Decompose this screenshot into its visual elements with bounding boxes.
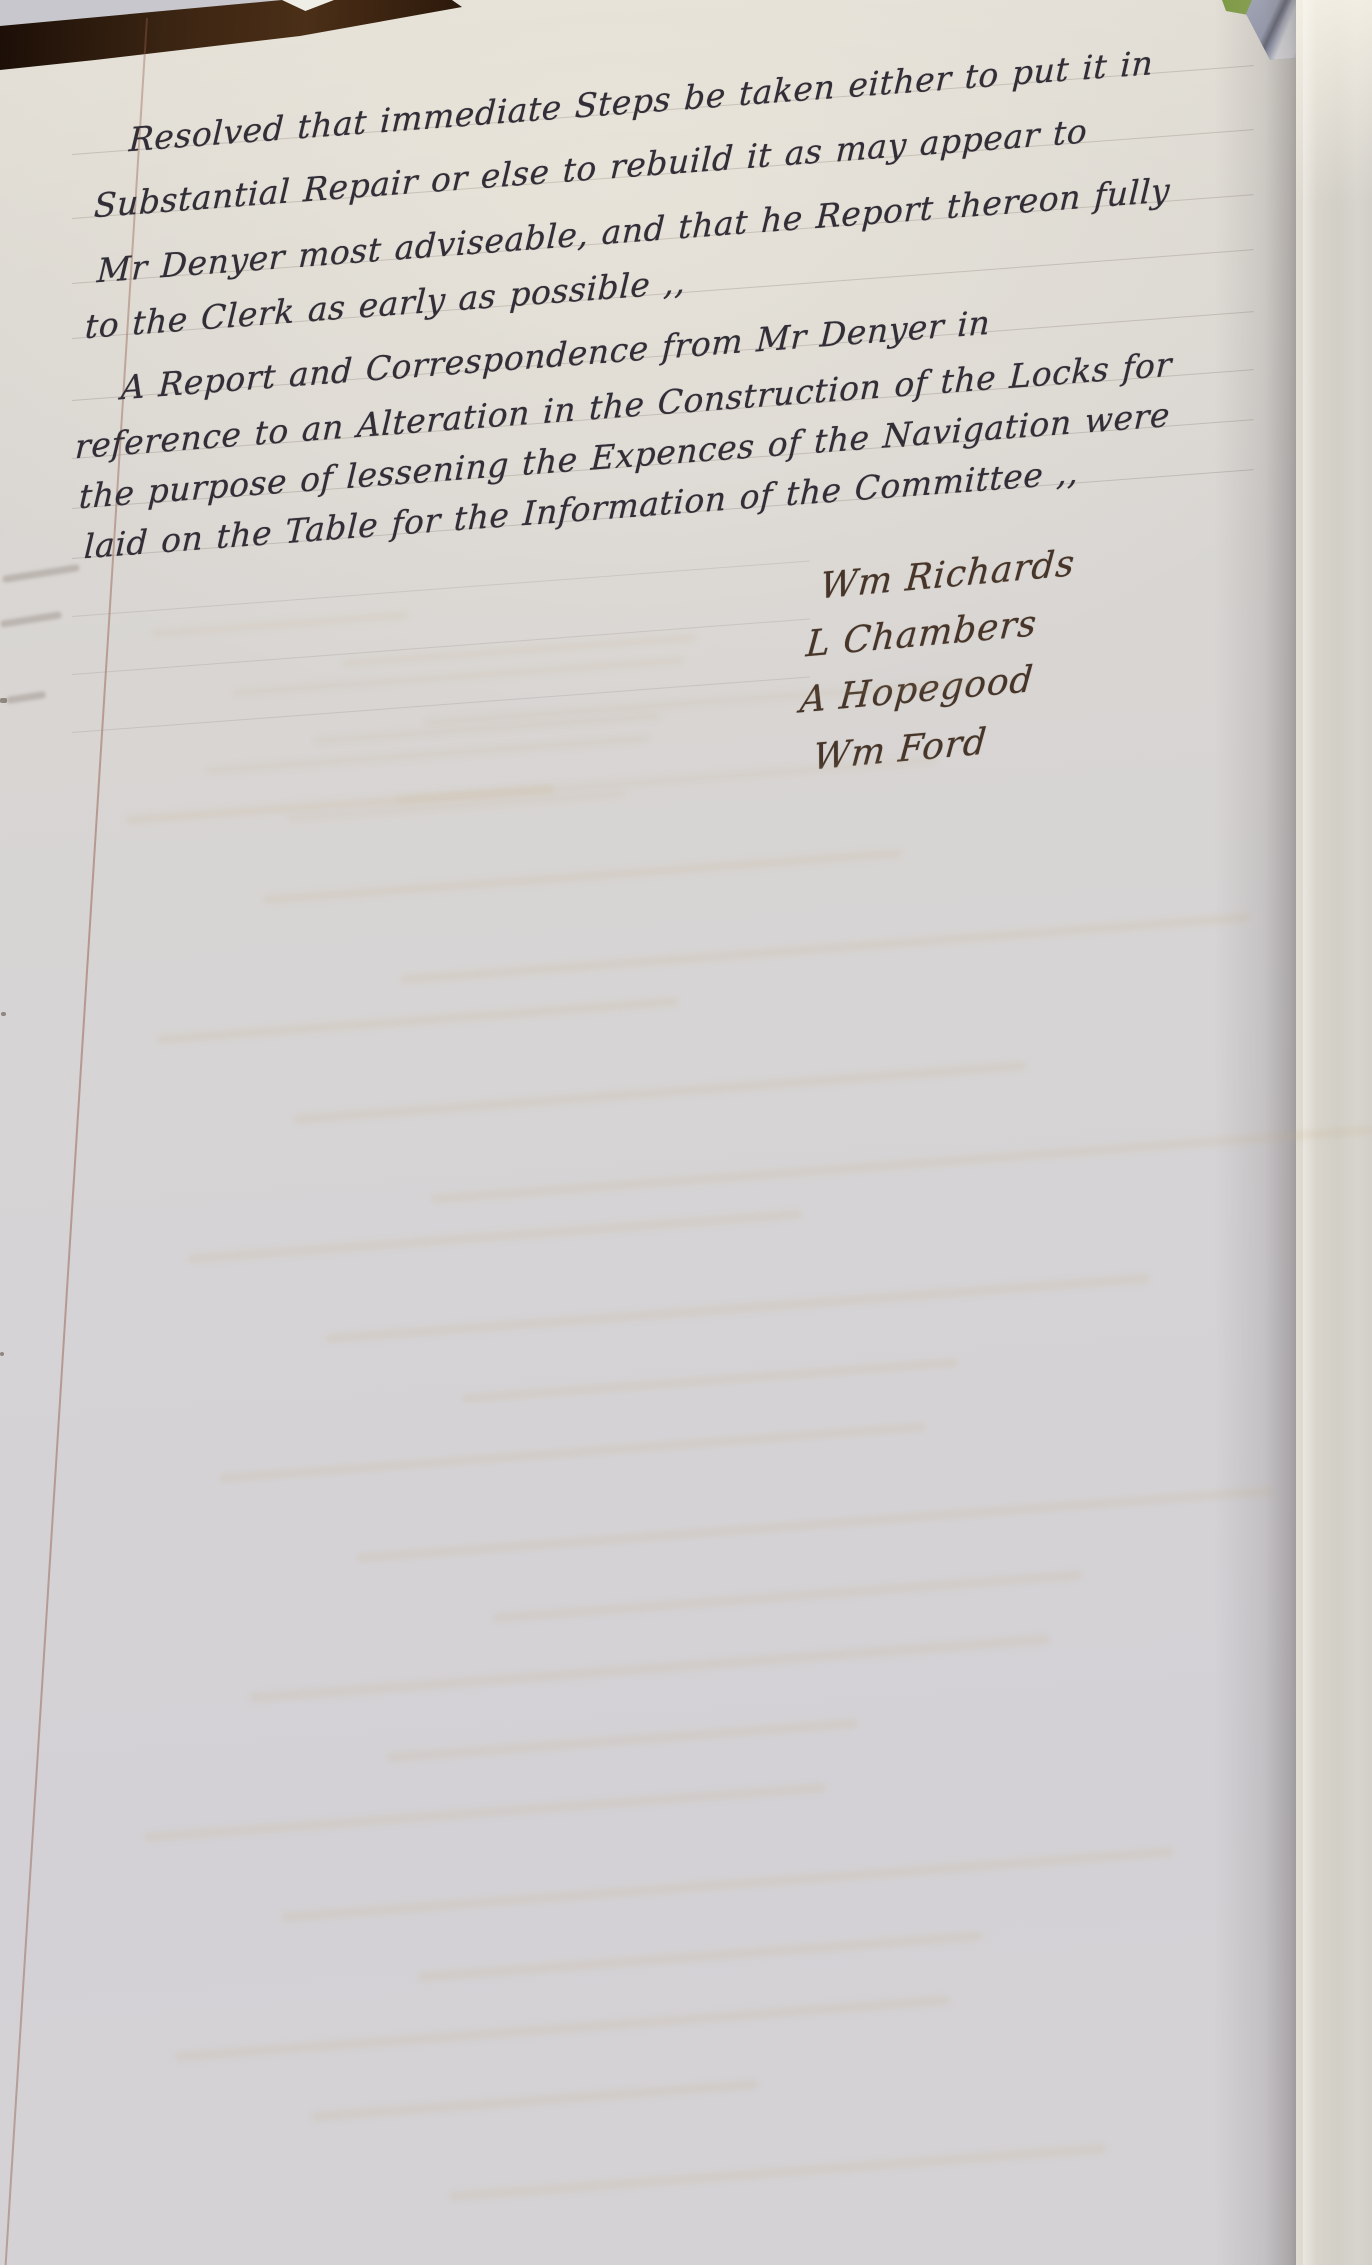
- bleed-through-row: [311, 2080, 758, 2122]
- signature: Wm Richards: [819, 543, 1077, 608]
- bleed-through-row: [386, 1719, 858, 1763]
- margin-ghost-mark: [0, 611, 62, 628]
- margin-rule-line: [5, 18, 148, 2265]
- ink-speck: [1, 1012, 6, 1016]
- margin-ghost-mark: [6, 691, 47, 704]
- bleed-through-row: [417, 1931, 982, 1981]
- bleed-through-row: [461, 1358, 958, 1403]
- bleed-through-row: [356, 1486, 1274, 1562]
- bleed-through-row: [144, 1783, 827, 1842]
- bleed-through-row: [400, 913, 1250, 984]
- manuscript-photo: Resolved that immediate Steps be taken e…: [0, 0, 1372, 2265]
- bleed-through-row: [396, 756, 937, 805]
- bleed-through-row: [219, 1422, 927, 1483]
- bleed-through-row: [156, 997, 678, 1044]
- bleed-through-row: [492, 1570, 1082, 1622]
- signature: L Chambers: [805, 603, 1039, 665]
- bleed-through-row: [281, 1847, 1174, 1922]
- bleed-through-row: [175, 1996, 951, 2062]
- bleed-through-row: [150, 610, 410, 638]
- bleed-through-row: [325, 1274, 1150, 1344]
- bleed-through-row: [205, 734, 649, 776]
- ink-speck: [0, 698, 7, 703]
- ruled-line: [72, 561, 810, 617]
- bleed-through-row: [187, 1209, 802, 1263]
- bleed-through-row: [263, 849, 903, 905]
- bleed-through-row: [449, 2144, 1107, 2201]
- bleed-through-row: [294, 1061, 1027, 1124]
- margin-ghost-mark: [2, 564, 80, 583]
- bleed-through-row: [250, 1635, 1051, 1703]
- ink-speck: [0, 1352, 4, 1356]
